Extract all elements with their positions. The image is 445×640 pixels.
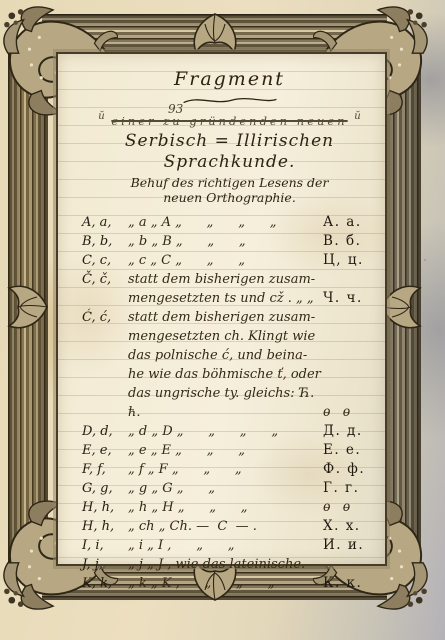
cursive-forms: „ g „ G „ „ — [128, 479, 323, 498]
acanthus-leaf-icon — [183, 12, 247, 54]
table-row-ch: Č, č, statt dem bisherigen zusam- menges… — [82, 270, 377, 308]
cyrillic-letters: Д. д. — [323, 422, 377, 441]
table-row-d: D, d, „ d „ D „ „ „ „ Д. д. — [82, 422, 377, 441]
cursive-forms: „ i „ I , „ „ — [128, 536, 323, 555]
cyrillic-letters: Х. х. — [323, 517, 377, 536]
purpose-line-1: Behuf des richtigen Lesens der — [82, 175, 377, 190]
description-line: statt dem bisherigen zusam- — [128, 308, 323, 327]
table-row-k: K, k, „ k „ K , „ „ „ К. к. — [82, 574, 377, 593]
latin-letters: E, e, — [82, 441, 128, 460]
description-text: statt dem bisherigen zusam- mengesetzten… — [128, 270, 323, 308]
struck-text: einer zu gründenden neuen — [111, 114, 347, 128]
latin-letters: K, k, — [82, 574, 128, 593]
subtitle-line-2: Sprachkunde. — [82, 152, 377, 172]
description-line: das ungrische ty. gleichs: Ћ. ћ. — [128, 384, 323, 422]
cyrillic-letters: Ц, ц. — [323, 251, 377, 270]
table-row-c: C, c, „ c „ C „ „ „ Ц, ц. — [82, 251, 377, 270]
table-row-b: B, b, „ b „ B „ „ „ В. б. — [82, 232, 377, 251]
text-panel: Fragment 93 ŭ einer zu gründenden neuen … — [56, 52, 387, 566]
cursive-forms: „ j „ J , wie das lateinische. — [128, 555, 323, 574]
description-line: mengesetzten ch. Klingt wie — [128, 327, 323, 346]
handwritten-letters: ѳ ѳ — [323, 403, 377, 422]
table-row-a: A, a, „ a „ A „ „ „ „ А. а. — [82, 213, 377, 232]
latin-letters: Ć, ć, — [82, 308, 128, 327]
cursive-forms: „ d „ D „ „ „ „ — [128, 422, 323, 441]
cursive-forms: „ c „ C „ „ „ — [128, 251, 323, 270]
cursive-forms: „ k „ K , „ „ „ — [128, 574, 323, 593]
table-row-j: J, j, „ j „ J , wie das lateinische. — [82, 555, 377, 574]
underline-flourish-icon — [170, 97, 290, 105]
cyrillic-letters: Е. е. — [323, 441, 377, 460]
breve-mark: ŭ — [354, 111, 360, 122]
cursive-forms: „ h „ H „ „ „ — [128, 498, 323, 517]
purpose-line-2: neuen Orthographie. — [82, 190, 377, 205]
table-row-h1: H, h, „ h „ H „ „ „ ѳ ѳ — [82, 498, 377, 517]
cyrillic-letters: И. и. — [323, 536, 377, 555]
latin-letters: B, b, — [82, 232, 128, 251]
table-row-h2: H, h, „ ch „ Ch. — C — . Х. х. — [82, 517, 377, 536]
table-row-g: G, g, „ g „ G „ „ Г. г. — [82, 479, 377, 498]
table-row-tj: Ć, ć, statt dem bisherigen zusam- menges… — [82, 308, 377, 422]
description-text: statt dem bisherigen zusam- mengesetzten… — [128, 308, 323, 422]
latin-letters: D, d, — [82, 422, 128, 441]
latin-letters: H, h, — [82, 517, 128, 536]
description-line: statt dem bisherigen zusam- — [128, 270, 323, 289]
latin-letters: C, c, — [82, 251, 128, 270]
description-line: he wie das böhmische ť, oder — [128, 365, 323, 384]
cyrillic-letters: Ф. ф. — [323, 460, 377, 479]
description-line: mengesetzten ts und cž . „ „ — [128, 289, 323, 308]
cyrillic-letters: К. к. — [323, 574, 377, 593]
latin-letters: H, h, — [82, 498, 128, 517]
cyrillic-letters: Г. г. — [323, 479, 377, 498]
latin-letters: I, i, — [82, 536, 128, 555]
acanthus-leaf-icon — [7, 275, 49, 339]
cursive-forms: „ ch „ Ch. — C — . — [128, 517, 323, 536]
strikethrough-line: 93 ŭ einer zu gründenden neuen ŭ — [82, 111, 377, 128]
cursive-forms: „ f „ F „ „ „ — [128, 460, 323, 479]
subtitle-line-1: Serbisch = Illirischen — [82, 131, 377, 151]
table-row-i: I, i, „ i „ I , „ „ И. и. — [82, 536, 377, 555]
latin-letters: A, a, — [82, 213, 128, 232]
alphabet-table: A, a, „ a „ A „ „ „ „ А. а. B, b, „ b „ … — [82, 213, 377, 593]
description-line: das polnische ć, und beina- — [128, 346, 323, 365]
cursive-forms: „ b „ B „ „ „ — [128, 232, 323, 251]
cursive-forms: „ a „ A „ „ „ „ — [128, 213, 323, 232]
cursive-forms: „ e „ E „ „ „ — [128, 441, 323, 460]
cyrillic-letters: А. а. — [323, 213, 377, 232]
breve-mark: ŭ — [98, 111, 104, 122]
page-title: Fragment — [82, 68, 377, 90]
handwritten-letters: ѳ ѳ — [323, 498, 377, 517]
cyrillic-letters: В. б. — [323, 232, 377, 251]
inserted-number: 93 — [168, 102, 183, 116]
latin-letters: J, j, — [82, 555, 128, 574]
cyrillic-letters: Ч. ч. — [323, 289, 377, 308]
latin-letters: G, g, — [82, 479, 128, 498]
page-header: Fragment 93 ŭ einer zu gründenden neuen … — [82, 68, 377, 205]
table-row-e: E, e, „ e „ E „ „ „ Е. е. — [82, 441, 377, 460]
latin-letters: F, f, — [82, 460, 128, 479]
table-row-f: F, f, „ f „ F „ „ „ Ф. ф. — [82, 460, 377, 479]
latin-letters: Č, č, — [82, 270, 128, 289]
book-page-photo: Fragment 93 ŭ einer zu gründenden neuen … — [0, 0, 445, 640]
